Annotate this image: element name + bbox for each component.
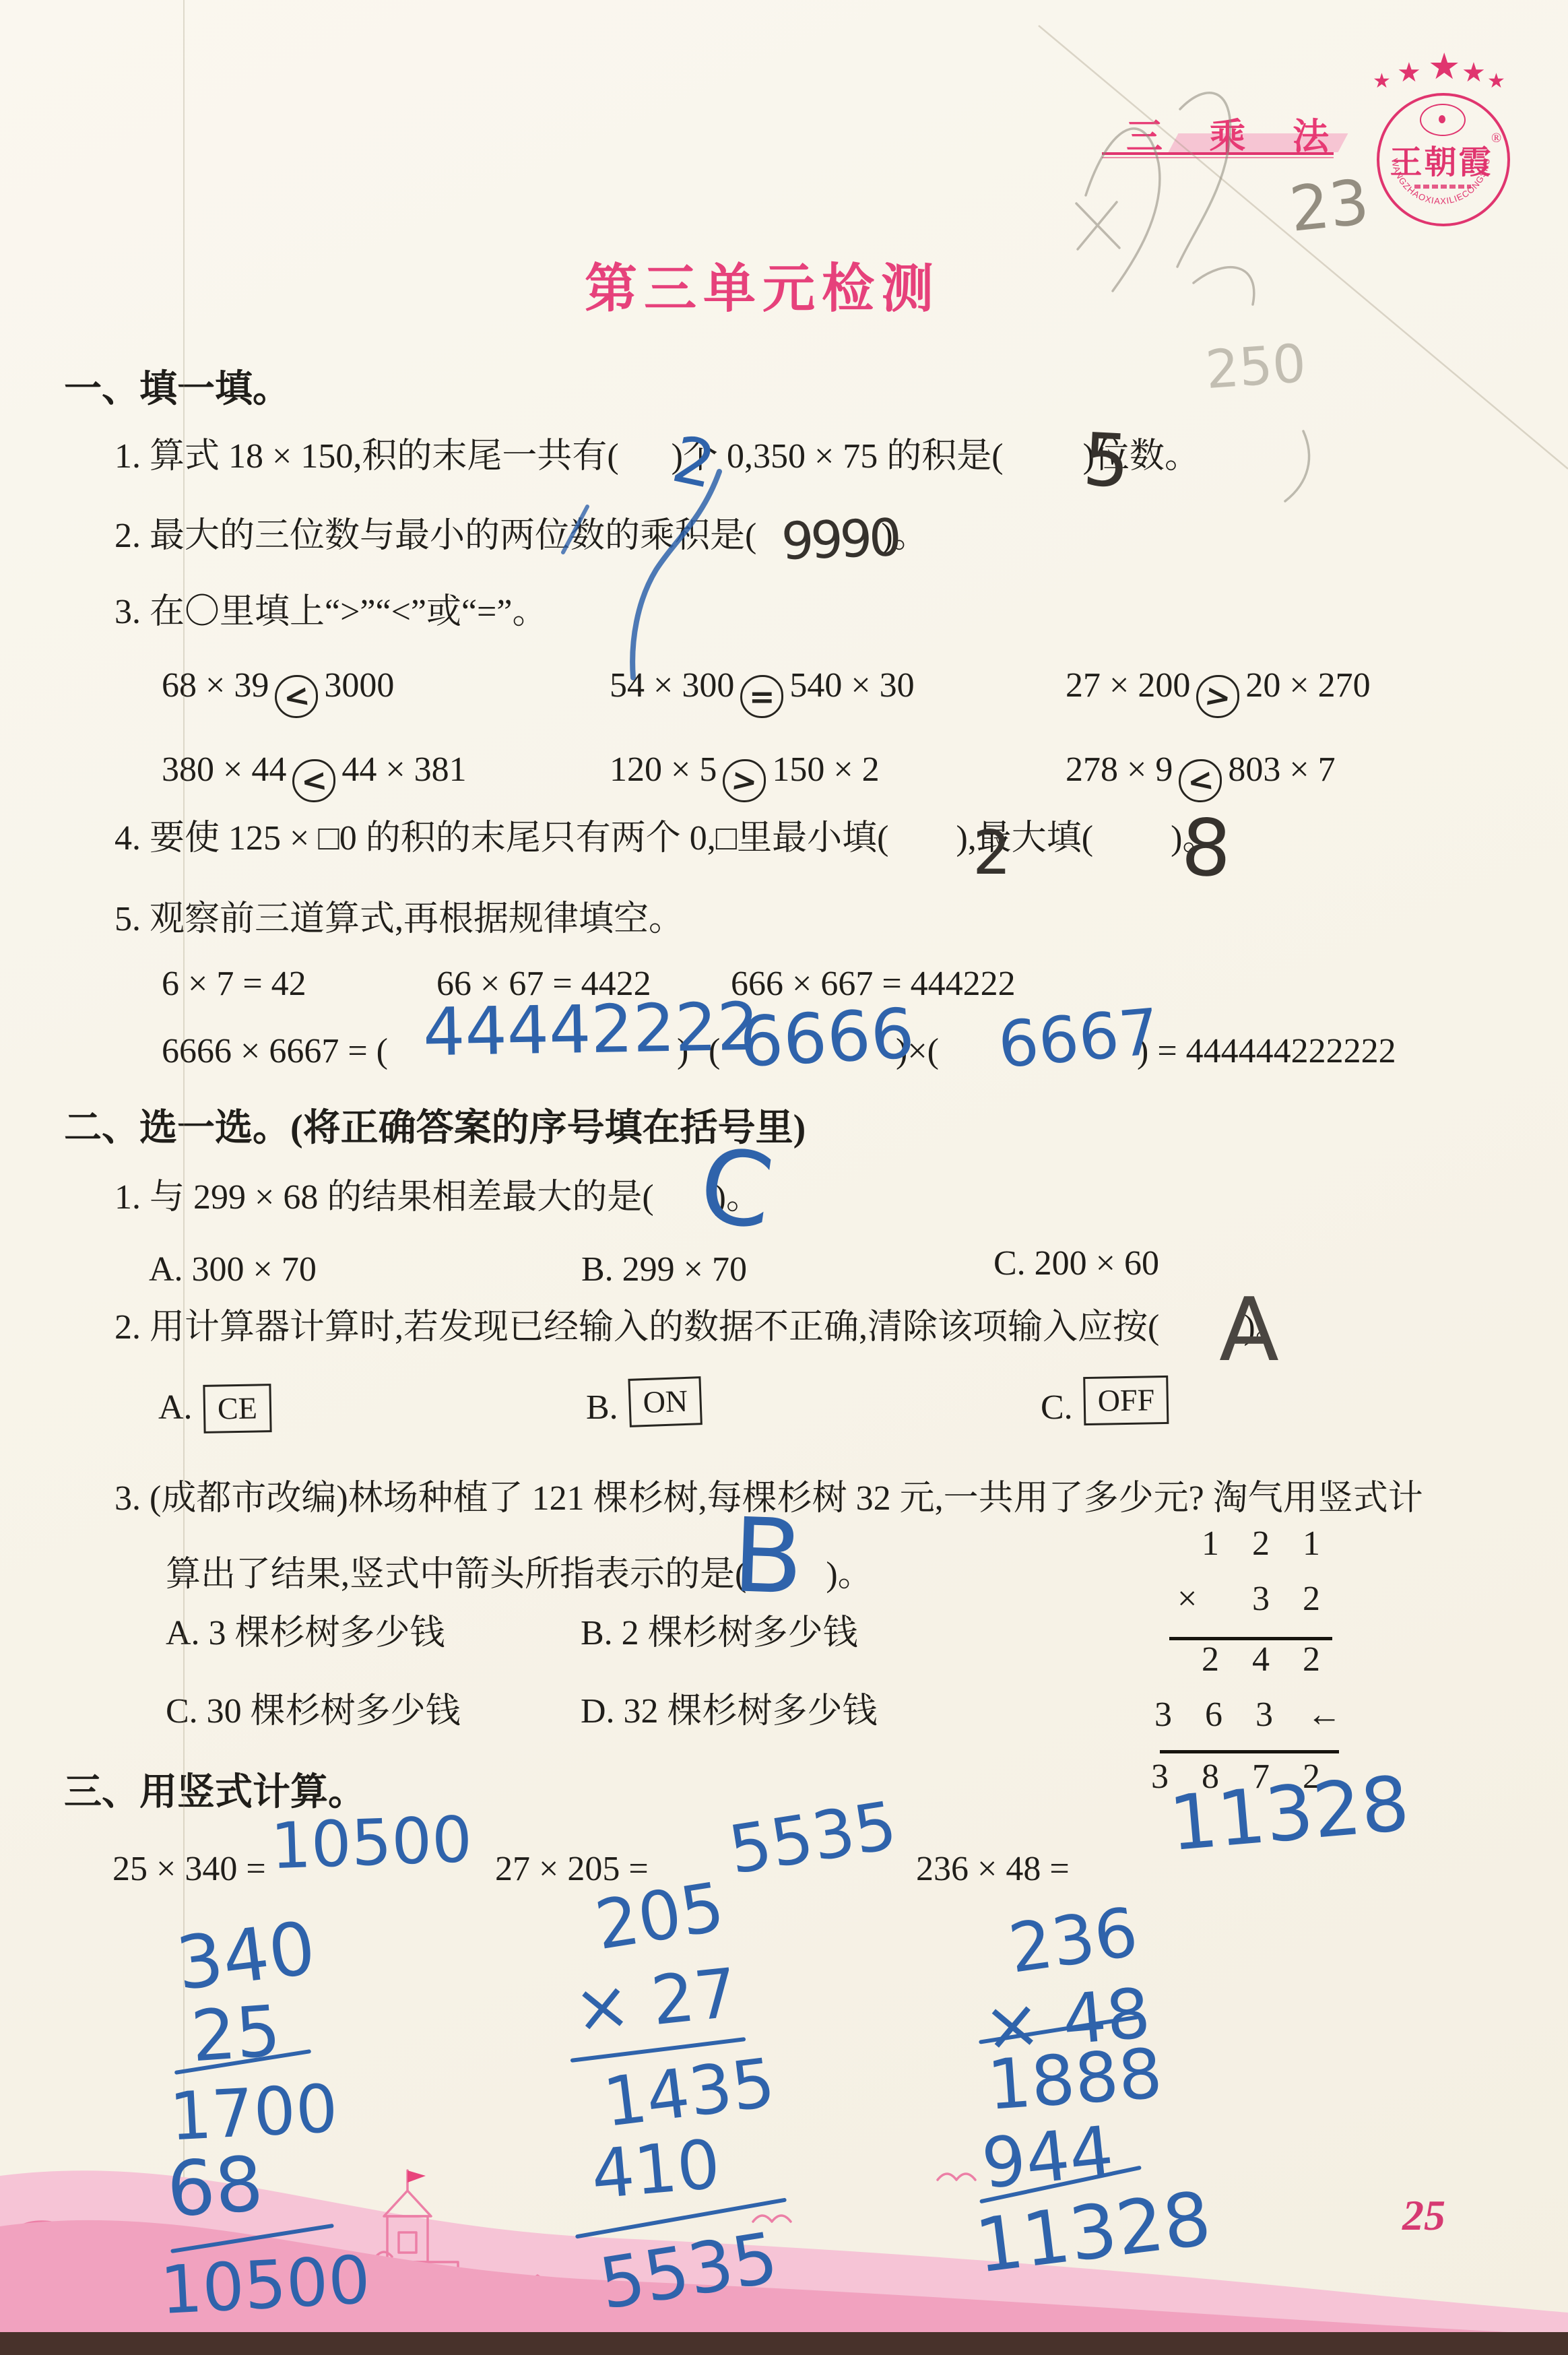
q1-text-2: )个 0,350 × 75 的积是( [672,437,1004,476]
multiply-sign: × [1177,1579,1197,1619]
comparison-circle: > [723,759,766,802]
comparison-right: 20 × 270 [1245,666,1370,705]
comparison-left: 120 × 5 [610,750,717,789]
comparison-left: 68 × 39 [162,666,269,705]
q1-text-1: 1. 算式 18 × 150,积的末尾一共有( [115,437,619,476]
bird-icon [938,2174,975,2180]
handwritten-pattern-2: 6666 [738,994,916,1083]
vm-partial2-digits: 3 6 3 [1154,1696,1285,1734]
work2-bottom: × 27 [570,1954,742,2049]
q2-3-text-2: 算出了结果,竖式中箭头所指表示的是( [166,1555,746,1594]
page-bottom-edge [0,2332,1568,2355]
q2-2-text-1: 2. 用计算器计算时,若发现已经输入的数据不正确,清除该项输入应按( [115,1308,1159,1347]
header-underline-2 [1102,157,1334,158]
vm-row-factor2: ×3 2 [1140,1579,1332,1634]
option-label: B. [586,1388,618,1427]
workbook-page: 三 乘 法 ★ ★ ★ ★ ★ 王朝霞 ® WANGZHAOXIAXILIECO… [0,0,1568,2355]
comparison-left: 27 × 200 [1066,666,1190,705]
svg-text:WANGZHAOXIAXILIECONGSHU: WANGZHAOXIAXILIECONGSHU [1390,157,1492,206]
handwritten-result-1: 10500 [269,1803,473,1883]
page-title: 第三单元检测 [585,247,940,322]
question-1-4: 4. 要使 125 × □0 的积的末尾只有两个 0,□里最小填(),最大填()… [115,816,1217,860]
work1-result: 10500 [158,2242,372,2329]
work1-partial2: 68 [164,2140,266,2234]
question-1-5: 5. 观察前三道算式,再根据规律填空。 [115,897,684,941]
comparison-answer: < [282,680,312,714]
comparison-cell: 68 × 39<3000 [162,664,394,718]
option-2-1-c: C. 200 × 60 [993,1241,1159,1285]
section-2-heading: 二、选一选。(将正确答案的序号填在括号里) [64,1105,806,1152]
problem-expr-1: 25 × 340 = [112,1847,266,1891]
star-icon: ★ [1397,59,1421,86]
comparison-answer: > [730,764,759,798]
option-2-2-c: C.OFF [1041,1384,1169,1433]
q2-1-text-1: 1. 与 299 × 68 的结果相差最大的是( [115,1178,654,1217]
comparison-circle: < [292,759,335,802]
handwritten-answer-q4-2: 8 [1180,802,1233,895]
header-underline [1102,152,1334,155]
vm-factor2-digits: 3 2 [1252,1580,1332,1618]
comparison-cell: 278 × 9<803 × 7 [1066,748,1336,802]
option-2-3-d: D. 32 棵杉树多少钱 [581,1689,878,1733]
page-number: 25 [1402,2191,1445,2240]
work3-top: 236 [1004,1892,1142,1988]
work2-partial2: 410 [588,2125,723,2214]
handwritten-answer-q1-2: 5 [1081,418,1132,504]
logo-arc-text: WANGZHAOXIAXILIECONGSHU [1377,93,1505,221]
handwritten-answer-2-2: A [1219,1279,1279,1381]
handwritten-answer-q2: 9990 [780,507,899,571]
comparison-cell: 380 × 44<44 × 381 [162,748,467,802]
comparison-circle: = [740,675,783,718]
arrow-left-icon: ← [1307,1695,1342,1735]
option-2-1-a: A. 300 × 70 [149,1248,317,1291]
q1-answer-tail-stroke [632,472,719,678]
comparison-answer: < [1185,764,1216,798]
comparison-right: 803 × 7 [1228,750,1335,789]
q2-text-1: 2. 最大的三位数与最小的两位数的乘积是( [115,517,756,555]
comparison-circle: < [1179,759,1222,802]
comparison-right: 44 × 381 [341,750,466,789]
option-2-2-a: A.CE [158,1384,271,1433]
option-2-3-b: B. 2 棵杉树多少钱 [581,1611,858,1655]
comparison-left: 278 × 9 [1066,750,1173,789]
problem-expr-3: 236 × 48 = [916,1847,1070,1891]
q2-3-text-3: )。 [826,1555,872,1594]
vm-row-partial2: 3 6 3← [1140,1695,1332,1750]
star-icon: ★ [1373,71,1391,92]
comparison-right: 540 × 30 [789,666,914,705]
star-icon: ★ [1462,59,1486,86]
question-2-1: 1. 与 299 × 68 的结果相差最大的是()。 [115,1175,761,1219]
handwritten-pattern-3: 6667 [995,996,1163,1083]
option-2-3-a: A. 3 棵杉树多少钱 [166,1611,445,1655]
pencil-note-250: 250 [1204,333,1308,401]
comparison-answer: = [749,681,775,712]
q4-text-1: 4. 要使 125 × □0 的积的末尾只有两个 0,□里最小填( [115,819,888,858]
star-icon: ★ [1487,71,1505,92]
option-label: C. [1041,1388,1073,1427]
pattern-eq-4-part1: 6666 × 6667 = ( [162,1029,388,1073]
comparison-answer: < [300,764,328,797]
vm-rule-2 [1160,1750,1339,1753]
comparison-left: 380 × 44 [162,750,286,789]
brand-logo: ★ ★ ★ ★ ★ 王朝霞 ® WANGZHAOXIAXILIECONGSHU [1371,51,1517,234]
comparison-cell: 54 × 300=540 × 30 [610,664,915,718]
comparison-cell: 120 × 5>150 × 2 [610,748,880,802]
option-2-1-b: B. 299 × 70 [581,1248,747,1291]
section-1-heading: 一、填一填。 [64,366,290,413]
handwritten-result-2: 5535 [724,1787,902,1890]
comparison-circle: > [1196,675,1239,718]
pencil-note-23: 23 [1286,166,1373,246]
key-box-ce: CE [203,1384,271,1433]
question-2-2: 2. 用计算器计算时,若发现已经输入的数据不正确,清除该项输入应按()。 [115,1305,1291,1349]
key-box-on: ON [628,1376,703,1427]
comparison-circle: < [275,675,318,718]
handwritten-answer-2-3: B [731,1495,805,1617]
question-1-1: 1. 算式 18 × 150,积的末尾一共有()个 0,350 × 75 的积是… [115,434,1200,478]
vm-row-partial1: 2 4 2 [1140,1640,1332,1695]
vm-row-factor1: 1 2 1 [1140,1524,1332,1579]
comparison-cell: 27 × 200>20 × 270 [1066,664,1371,718]
handwritten-answer-q4-1: 2 [973,818,1011,889]
comparison-left: 54 × 300 [610,666,734,705]
handwritten-pattern-1: 44442222 [422,989,760,1072]
key-box-off: OFF [1083,1376,1169,1425]
option-label: A. [158,1388,193,1427]
pattern-eq-4-part5: ) = 444444222222 [1137,1029,1396,1073]
work3-partial1: 1888 [985,2034,1165,2126]
option-2-2-b: B.ON [586,1384,702,1433]
comparison-answer: > [1203,680,1233,714]
option-2-3-c: C. 30 棵杉树多少钱 [166,1689,461,1733]
comparison-right: 3000 [324,666,394,705]
question-1-3: 3. 在〇里填上“>”“<”或“=”。 [115,590,547,634]
star-icon: ★ [1428,49,1460,85]
comparison-right: 150 × 2 [772,750,879,789]
